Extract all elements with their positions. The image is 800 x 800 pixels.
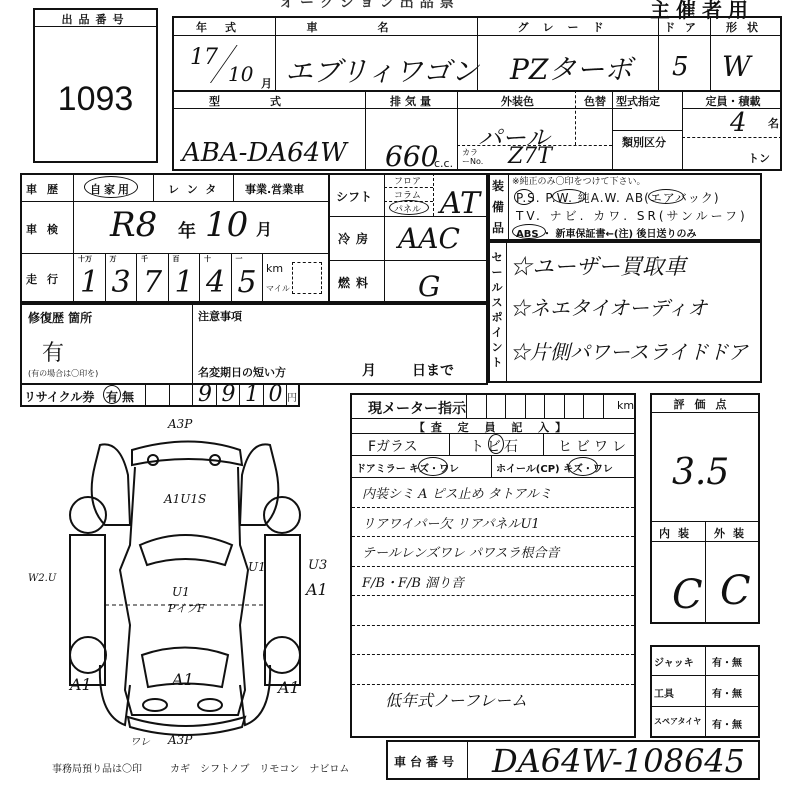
- accessory-value[interactable]: 有・無: [712, 716, 742, 731]
- mileage-digit: 1: [80, 265, 99, 300]
- model-value: ABA-DA64W: [182, 138, 347, 168]
- accessory-label: 工具: [654, 685, 674, 700]
- shift-option-floor[interactable]: フロア: [394, 174, 421, 187]
- office-item[interactable]: ナビロム: [309, 760, 349, 775]
- inspector-title: 【査 定 員 記 入】: [350, 419, 636, 435]
- capacity-value: 4: [730, 108, 747, 138]
- interior-label: 内装: [652, 525, 704, 541]
- mark-rear: A3P: [168, 417, 192, 431]
- inspection-label: 車検: [26, 221, 68, 237]
- meter-digit-divider: [564, 393, 565, 418]
- mark-right-top: U3: [308, 558, 327, 573]
- mileage-digit-label: 百: [173, 254, 180, 264]
- shape-value: W: [722, 50, 751, 83]
- mileage-digit-cell: 千7: [136, 253, 169, 303]
- repair-note: (有の場合は〇印を): [28, 368, 98, 379]
- displacement-label: 排気量: [370, 93, 455, 109]
- capacity-label: 定員・積載: [684, 93, 782, 109]
- inspector-note: F/B・F/B 涸り音: [362, 572, 464, 591]
- note-line: [352, 654, 634, 655]
- year-value: 17: [190, 45, 218, 70]
- recycle-digit-cell: 0: [263, 383, 288, 407]
- document-title: オークション出品票: [280, 0, 460, 12]
- recycle-digit-cell: 1: [239, 383, 264, 407]
- history-selected-circle: [84, 176, 138, 198]
- history-label: 車歴: [26, 181, 68, 197]
- mileage-digit-cell: 百1: [168, 253, 201, 303]
- door-label: ドア: [660, 19, 710, 35]
- mile-checkbox[interactable]: [292, 262, 322, 294]
- mileage-digit-cell: 十4: [199, 253, 232, 303]
- recycle-digit: 0: [269, 382, 283, 407]
- mileage-digit-label: 十: [204, 254, 211, 264]
- lot-box: 出品番号 1093: [33, 8, 158, 163]
- recycle-unit: 円: [287, 389, 297, 404]
- name-change-day: 日まで: [412, 360, 454, 380]
- mark-front-lamp: ワレ: [130, 733, 150, 748]
- mark-right: A1: [306, 580, 328, 599]
- recycle-selected-circle: [103, 385, 121, 404]
- fuel-value: G: [418, 270, 440, 303]
- mileage-unit-mile: マイル: [266, 283, 290, 294]
- history-option-business[interactable]: 事業.営業車: [245, 181, 304, 197]
- year-label: 年式: [180, 19, 270, 35]
- mileage-digit-label: 千: [141, 254, 148, 264]
- accessory-label: スペアタイヤ: [654, 716, 701, 727]
- note-line: [352, 566, 634, 567]
- mark-front-left: A1: [70, 675, 92, 694]
- mileage-digit: 5: [238, 265, 257, 300]
- recycle-option-no[interactable]: 無: [122, 388, 134, 405]
- inspector-note: リアワイパー欠 リアパネルU1: [362, 513, 540, 532]
- history-option-rental[interactable]: レンタ: [168, 181, 224, 197]
- exterior-value: C: [720, 568, 751, 614]
- accessory-label: ジャッキ: [654, 654, 694, 669]
- mileage-digit: 1: [175, 265, 194, 300]
- equipment-line2: TV. ナビ. カワ. SR(サンルーフ): [516, 207, 748, 224]
- mileage-unit-km: km: [266, 262, 283, 275]
- mileage-digit-label: 万: [110, 254, 117, 264]
- mileage-digit: 7: [143, 265, 162, 300]
- displacement-value: 660: [385, 140, 438, 173]
- mark-hood: A1: [172, 670, 194, 689]
- car-name-value: エブリィワゴン: [285, 50, 479, 90]
- wheel-circle: [568, 457, 598, 476]
- office-item[interactable]: カギ: [170, 760, 190, 775]
- equipment-circle-abs: [512, 224, 546, 239]
- ac-label: 冷房: [338, 230, 374, 247]
- model-designation-label: 型式指定: [616, 93, 660, 109]
- equipment-circle-pw: [552, 189, 586, 204]
- model-label: 型式: [175, 93, 365, 109]
- car-diagram: [60, 425, 320, 745]
- mirror-circle: [418, 457, 448, 476]
- grade-value: PZターボ: [510, 48, 632, 88]
- inspector-note: テールレンズワレ パワスラ根合音: [362, 542, 559, 561]
- recycle-label: リサイクル券: [24, 388, 94, 405]
- meter-digit-divider: [603, 393, 604, 418]
- meter-unit: km: [617, 399, 634, 412]
- mileage-digit: 3: [112, 265, 131, 300]
- lot-label: 出品番号: [35, 11, 156, 27]
- equipment-label: 装備品: [490, 176, 506, 239]
- chip-circle: [488, 434, 504, 454]
- shift-selected-circle: [389, 200, 429, 215]
- chassis-label: 車台番号: [394, 753, 458, 770]
- notes-label: 注意事項: [198, 308, 242, 324]
- inspection-year-unit: 年: [178, 217, 196, 243]
- chassis-value: DA64W-108645: [492, 742, 745, 780]
- meter-digit-divider: [544, 393, 545, 418]
- office-item[interactable]: リモコン: [259, 760, 299, 775]
- office-item[interactable]: シフトノブ: [200, 760, 249, 775]
- color-change-label: 色替: [578, 93, 612, 109]
- inspection-month-unit: 月: [256, 217, 272, 240]
- shift-value: AT: [440, 186, 480, 221]
- displacement-unit: c.c.: [434, 157, 453, 170]
- doors-value: 5: [672, 52, 689, 82]
- sales-point-3: ☆片側パワースライドドア: [510, 336, 748, 365]
- grade-label: グレード: [480, 19, 655, 35]
- equipment-note: ※純正のみ〇印をつけて下さい。: [512, 174, 646, 187]
- car-name-label: 車名: [280, 19, 475, 35]
- mark-left: W2.U: [28, 573, 56, 584]
- color-no-label: カラーNo.: [462, 148, 484, 166]
- color-no-value: Z7T: [508, 144, 552, 169]
- inspection-month: 10: [205, 205, 248, 245]
- month-unit: 月: [261, 75, 272, 91]
- accessory-value[interactable]: 有・無: [712, 685, 742, 700]
- fuel-label: 燃料: [338, 274, 374, 291]
- sales-point-2: ☆ネエタイオーディオ: [510, 292, 707, 321]
- mileage-label: 走行: [26, 271, 68, 287]
- meter-digit-divider: [583, 393, 584, 418]
- inspection-era-year: R8: [110, 205, 157, 245]
- recycle-digit-cell: [169, 383, 194, 407]
- sales-points-label: セールスポイント: [489, 250, 505, 370]
- meter-digit-divider: [466, 393, 467, 418]
- mileage-digit-cell: 一5: [231, 253, 264, 303]
- note-line: [352, 625, 634, 626]
- meter-digit-divider: [486, 393, 487, 418]
- note-line: [352, 684, 634, 685]
- score-label: 評価点: [650, 396, 760, 412]
- mark-mid-right: U1: [248, 560, 266, 574]
- mark-rear-glass: A1U1S: [164, 492, 206, 506]
- category-label: 類別区分: [622, 134, 666, 150]
- note-line: [352, 536, 634, 537]
- lot-number: 1093: [35, 80, 156, 119]
- inspector-note: 内装シミ A ピス止め タトアルミ: [362, 483, 552, 502]
- mileage-digit-label: 十万: [78, 254, 92, 264]
- equipment-circle-ab: [648, 189, 684, 204]
- glass-label: Fガラス: [368, 436, 418, 456]
- mileage-digit-cell: 十万1: [73, 253, 106, 303]
- crack-label[interactable]: ヒビワレ: [558, 436, 630, 456]
- equipment-line1: P.S. P.W. 純A.W. AB(エアバック): [516, 189, 720, 206]
- score-value: 3.5: [672, 452, 729, 493]
- name-change-month: 月: [362, 360, 376, 380]
- shift-label: シフト: [336, 188, 372, 205]
- repair-value: 有: [42, 336, 64, 367]
- recycle-digit-cell: 9: [192, 383, 217, 407]
- meter-digit-divider: [505, 393, 506, 418]
- accessory-value[interactable]: 有・無: [712, 654, 742, 669]
- mark-roof: U1: [172, 585, 190, 599]
- mark-roof2: PイブF: [168, 600, 205, 616]
- mark-front-right: A1: [278, 678, 300, 697]
- recycle-digit-cell: [145, 383, 170, 407]
- color-label: 外装色: [460, 93, 575, 109]
- interior-value: C: [672, 572, 703, 618]
- mileage-digit-cell: 万3: [105, 253, 138, 303]
- office-items-label: 事務局預り品は〇印: [52, 760, 142, 775]
- recycle-digit: 9: [222, 382, 236, 407]
- month-value: 10: [228, 62, 253, 86]
- name-change-label: 名変期日の短い方: [198, 364, 286, 380]
- exterior-label: 外装: [707, 525, 759, 541]
- recycle-digit: 1: [245, 382, 259, 407]
- meter-label: 現メーター指示: [368, 398, 466, 418]
- sales-point-1: ☆ユーザー買取車: [510, 250, 686, 281]
- recycle-digit: 9: [198, 382, 212, 407]
- capacity-unit-persons: 名: [768, 115, 779, 131]
- inspector-note: 低年式ノーフレーム: [385, 688, 527, 711]
- note-line: [352, 507, 634, 508]
- mileage-digit-label: 一: [236, 254, 243, 264]
- repair-label: 修復歴 箇所: [28, 309, 92, 326]
- mileage-digit: 4: [206, 265, 225, 300]
- capacity-unit-tons: トン: [748, 150, 770, 166]
- recycle-digit-cell: 9: [216, 383, 241, 407]
- equipment-circle-ps: [514, 189, 534, 205]
- ac-value: AAC: [398, 222, 460, 255]
- note-line: [352, 595, 634, 596]
- shape-label: 形状: [712, 19, 782, 35]
- mark-front: A3P: [168, 733, 192, 747]
- meter-digit-divider: [525, 393, 526, 418]
